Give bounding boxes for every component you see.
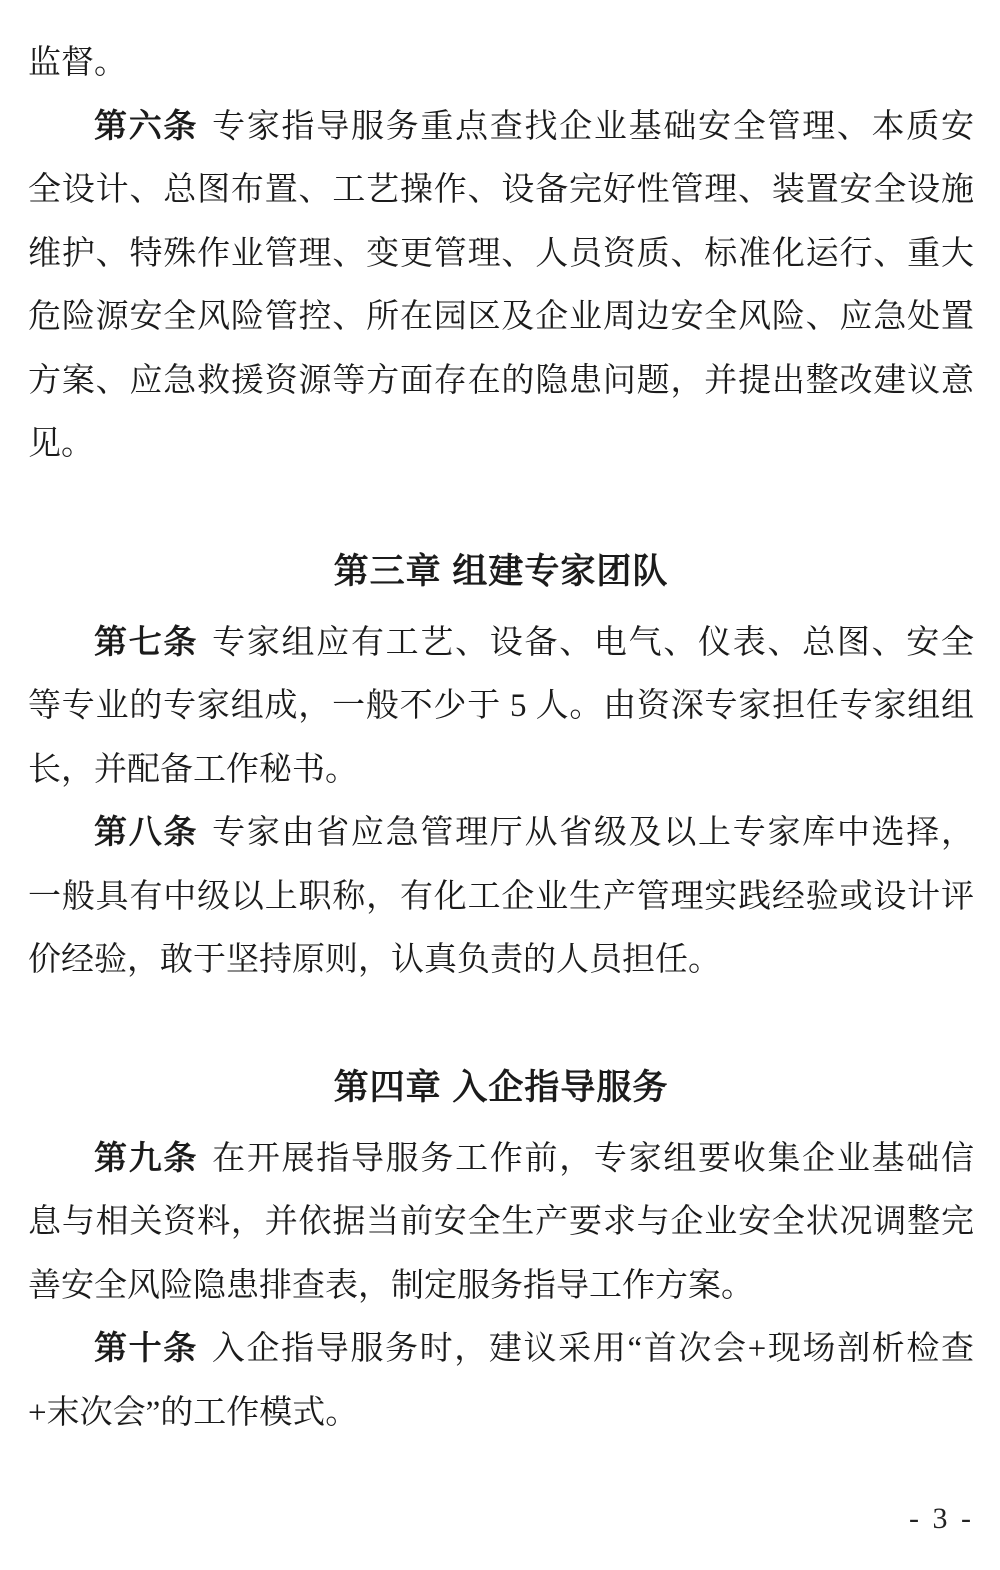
article-number: 第十条 xyxy=(94,1331,198,1367)
article-last-line: 长，并配备工作秘书。 xyxy=(28,739,974,803)
article-body-line: 维护、特殊作业管理、变更管理、人员资质、标准化运行、重大 xyxy=(28,223,974,287)
article-first-text: 在开展指导服务工作前，专家组要收集企业基础信 xyxy=(212,1141,974,1177)
article-first-text: 专家由省应急管理厅从省级及以上专家库中选择， xyxy=(212,815,974,851)
article-first-line: 第八条专家由省应急管理厅从省级及以上专家库中选择， xyxy=(28,802,974,866)
article-first-line: 第十条入企指导服务时，建议采用“首次会+现场剖析检查 xyxy=(28,1318,974,1382)
article-first-text: 专家指导服务重点查找企业基础安全管理、本质安 xyxy=(212,109,974,145)
article-body-line: 危险源安全风险管控、所在园区及企业周边安全风险、应急处置 xyxy=(28,286,974,350)
article-first-line: 第九条在开展指导服务工作前，专家组要收集企业基础信 xyxy=(28,1128,974,1192)
article-last-line: +末次会”的工作模式。 xyxy=(28,1382,974,1446)
paragraph-last-line: 监督。 xyxy=(28,32,974,96)
article-number: 第六条 xyxy=(94,109,198,145)
article-first-text: 入企指导服务时，建议采用“首次会+现场剖析检查 xyxy=(212,1331,974,1367)
chapter-heading: 第四章 入企指导服务 xyxy=(28,1056,974,1120)
article-first-text: 专家组应有工艺、设备、电气、仪表、总图、安全 xyxy=(212,625,974,661)
article-number: 第七条 xyxy=(94,625,198,661)
article-first-line: 第七条专家组应有工艺、设备、电气、仪表、总图、安全 xyxy=(28,612,974,676)
article-body-line: 息与相关资料，并依据当前安全生产要求与企业安全状况调整完 xyxy=(28,1191,974,1255)
article-first-line: 第六条专家指导服务重点查找企业基础安全管理、本质安 xyxy=(28,96,974,160)
article-last-line: 见。 xyxy=(28,413,974,477)
document-page: 监督。第六条专家指导服务重点查找企业基础安全管理、本质安全设计、总图布置、工艺操… xyxy=(0,0,1000,1570)
article-number: 第八条 xyxy=(94,815,198,851)
page-number: - 3 - xyxy=(909,1502,974,1536)
article-body-line: 方案、应急救援资源等方面存在的隐患问题，并提出整改建议意 xyxy=(28,350,974,414)
chapter-heading: 第三章 组建专家团队 xyxy=(28,540,974,604)
article-body-line: 一般具有中级以上职称，有化工企业生产管理实践经验或设计评 xyxy=(28,866,974,930)
article-last-line: 价经验，敢于坚持原则，认真负责的人员担任。 xyxy=(28,929,974,993)
article-last-line: 善安全风险隐患排查表，制定服务指导工作方案。 xyxy=(28,1255,974,1319)
document-body: 监督。第六条专家指导服务重点查找企业基础安全管理、本质安全设计、总图布置、工艺操… xyxy=(28,32,974,1445)
article-body-line: 等专业的专家组成，一般不少于 5 人。由资深专家担任专家组组 xyxy=(28,675,974,739)
article-number: 第九条 xyxy=(94,1141,198,1177)
article-body-line: 全设计、总图布置、工艺操作、设备完好性管理、装置安全设施 xyxy=(28,159,974,223)
